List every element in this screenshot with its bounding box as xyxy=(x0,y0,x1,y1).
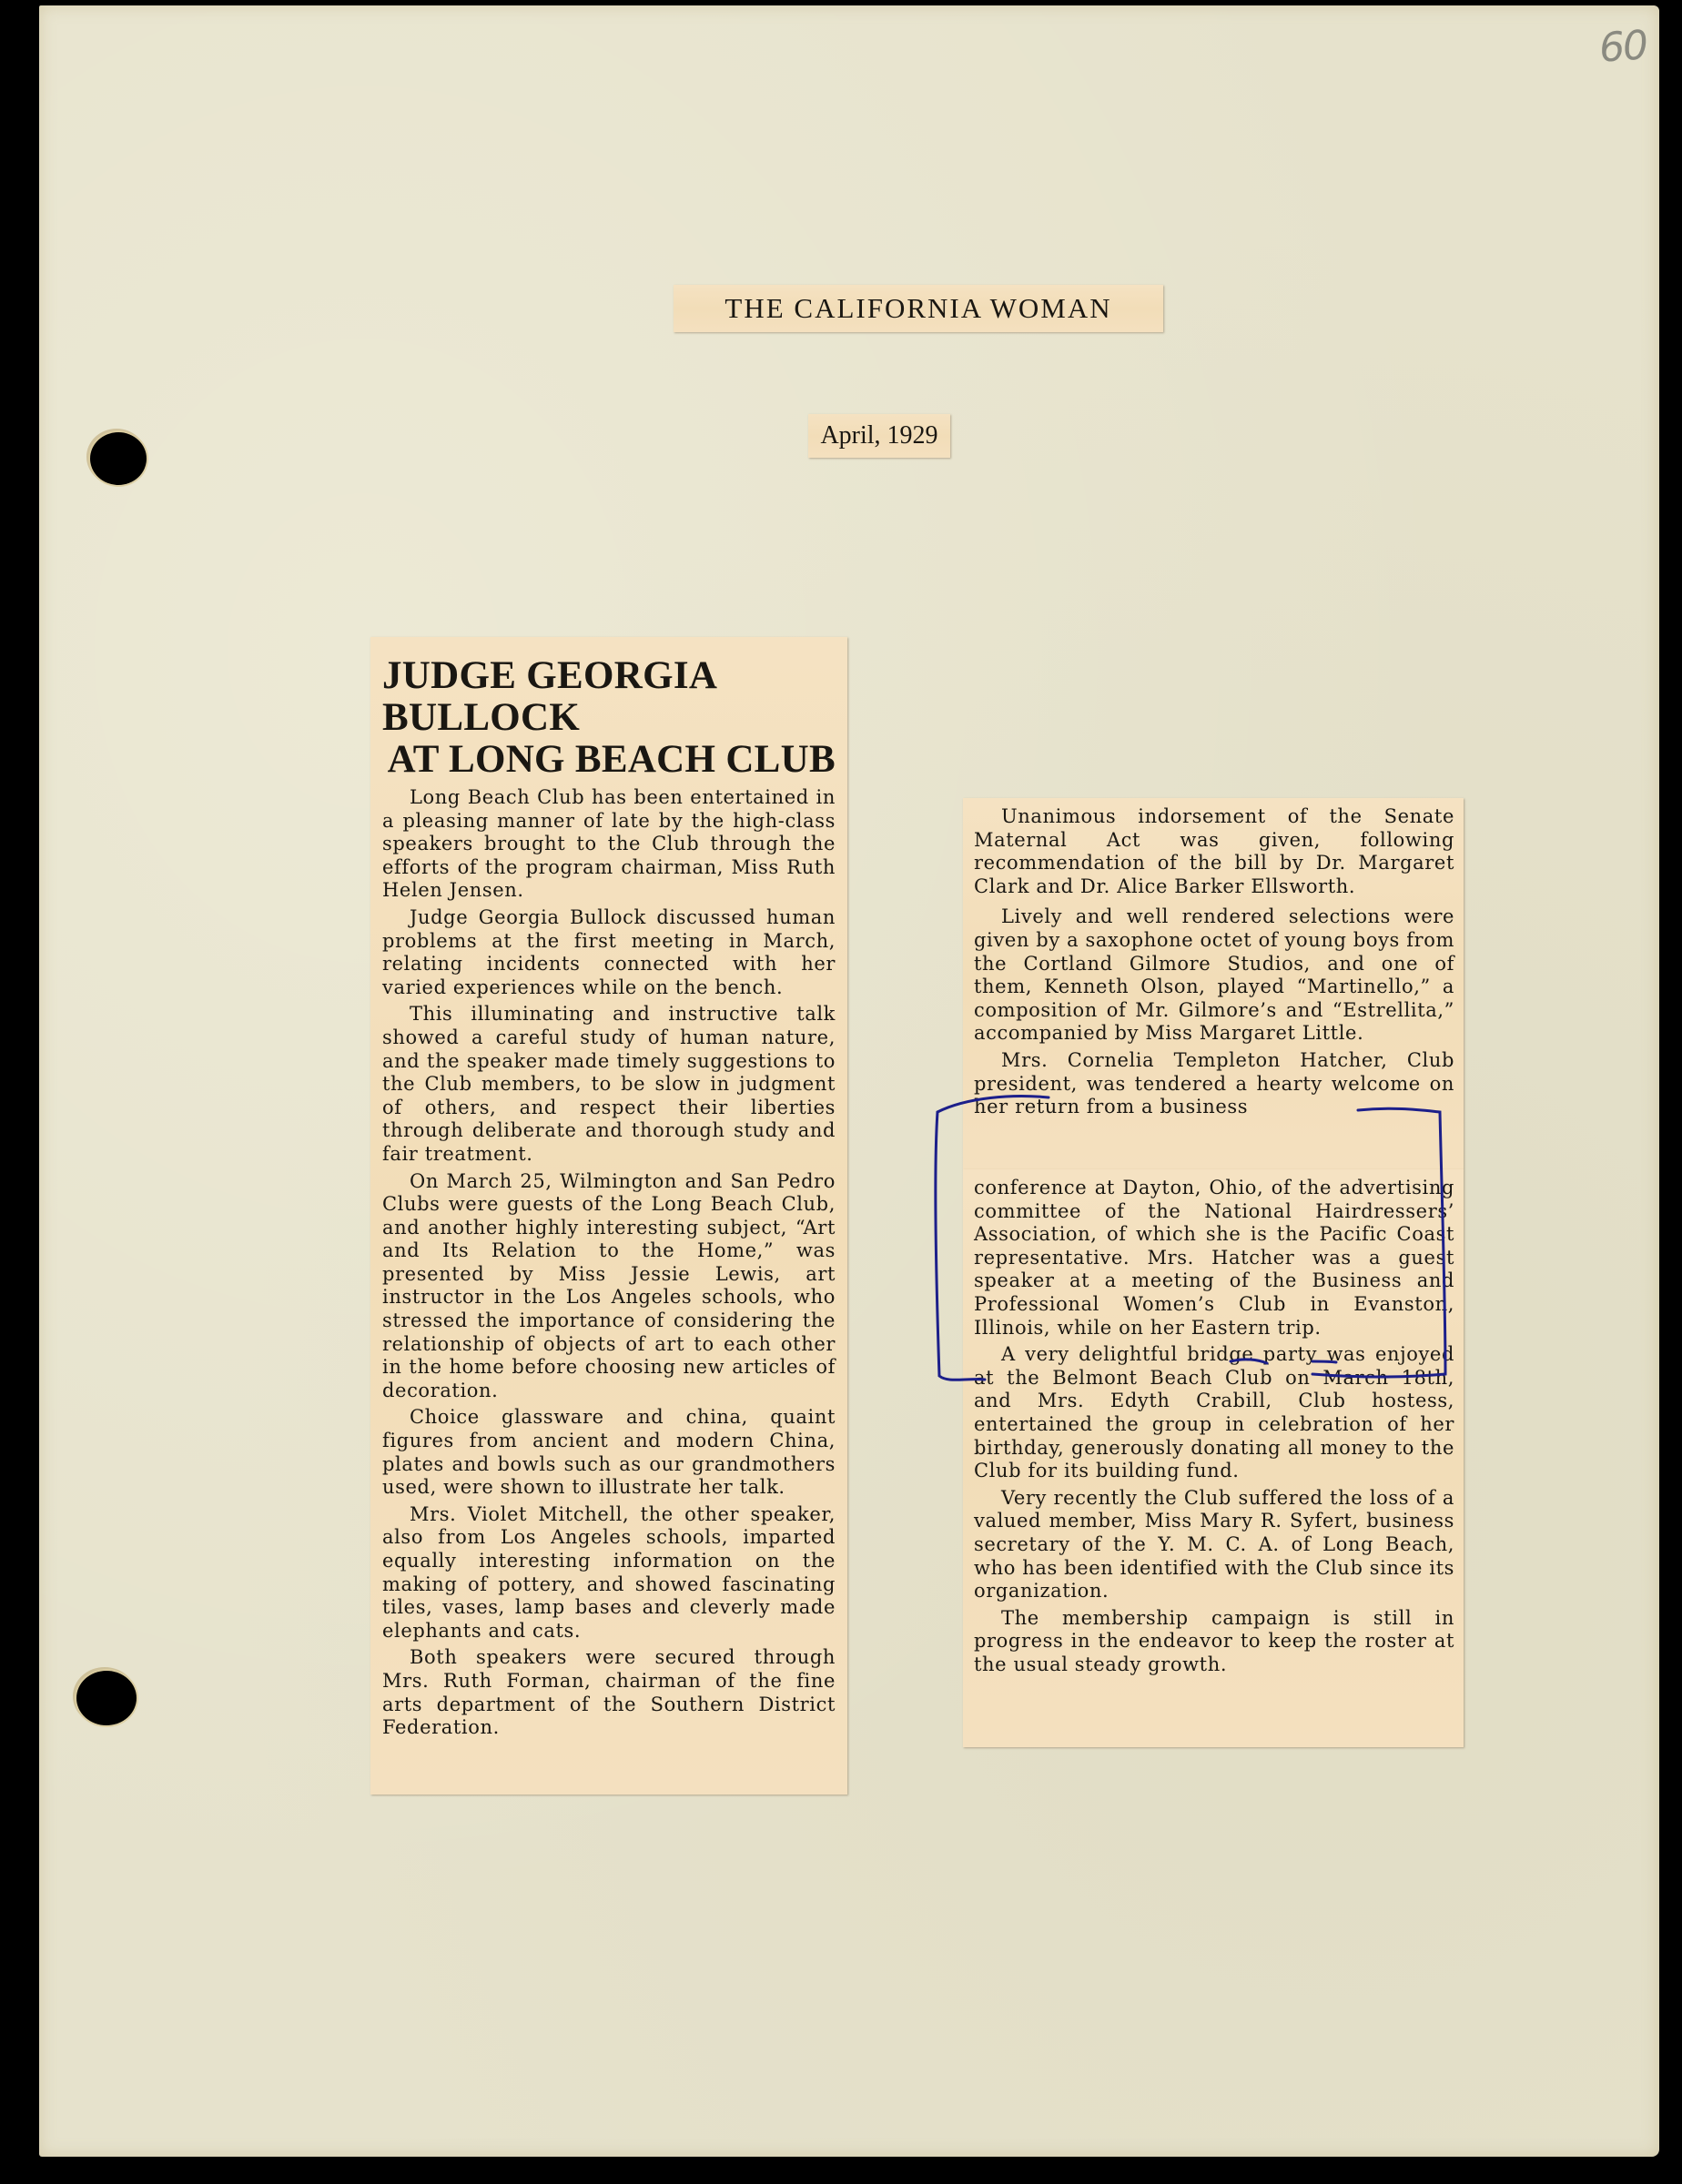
article-left-clipping: JUDGE GEORGIA BULLOCK AT LONG BEACH CLUB… xyxy=(370,637,847,1795)
right-column-body-bottom: conference at Dayton, Ohio, of the adver… xyxy=(974,1177,1454,1676)
masthead-clipping: THE CALIFORNIA WOMAN xyxy=(674,285,1163,332)
handwritten-page-number: 60 xyxy=(1597,22,1647,72)
article-headline: JUDGE GEORGIA BULLOCK AT LONG BEACH CLUB xyxy=(382,655,836,781)
paragraph: Both speakers were secured through Mrs. … xyxy=(382,1646,836,1739)
punch-hole-bottom xyxy=(76,1671,137,1725)
paragraph: Mrs. Cornelia Templeton Hatcher, Club pr… xyxy=(974,1049,1454,1119)
headline-line-1: JUDGE GEORGIA BULLOCK xyxy=(382,655,836,739)
left-column-body: Long Beach Club has been entertained in … xyxy=(382,786,836,1740)
paragraph: Lively and well rendered selections were… xyxy=(974,905,1454,1046)
paragraph: conference at Dayton, Ohio, of the adver… xyxy=(974,1177,1454,1340)
article-right-clipping-top: Unanimous indorsement of the Senate Mate… xyxy=(963,798,1464,1169)
publication-date: April, 1929 xyxy=(820,421,937,450)
paragraph: The membership campaign is still in prog… xyxy=(974,1607,1454,1677)
publication-title: THE CALIFORNIA WOMAN xyxy=(724,292,1111,325)
headline-line-2: AT LONG BEACH CLUB xyxy=(388,738,836,781)
paragraph: Mrs. Violet Mitchell, the other speaker,… xyxy=(382,1503,836,1643)
paragraph: Very recently the Club suffered the loss… xyxy=(974,1487,1454,1603)
date-clipping: April, 1929 xyxy=(808,414,950,458)
paragraph: Choice glassware and china, quaint figur… xyxy=(382,1406,836,1499)
paragraph: Unanimous indorsement of the Senate Mate… xyxy=(974,805,1454,898)
punch-hole-top xyxy=(90,432,147,485)
right-column-body-top: Unanimous indorsement of the Senate Mate… xyxy=(974,805,1454,1119)
paragraph: Judge Georgia Bullock discussed human pr… xyxy=(382,906,836,999)
paragraph: Long Beach Club has been entertained in … xyxy=(382,786,836,903)
paragraph: A very delightful bridge party was enjoy… xyxy=(974,1343,1454,1483)
paragraph: This illuminating and instructive talk s… xyxy=(382,1003,836,1166)
paragraph: On March 25, Wilmington and San Pedro Cl… xyxy=(382,1170,836,1403)
article-right-clipping-bottom: conference at Dayton, Ohio, of the adver… xyxy=(963,1169,1464,1747)
